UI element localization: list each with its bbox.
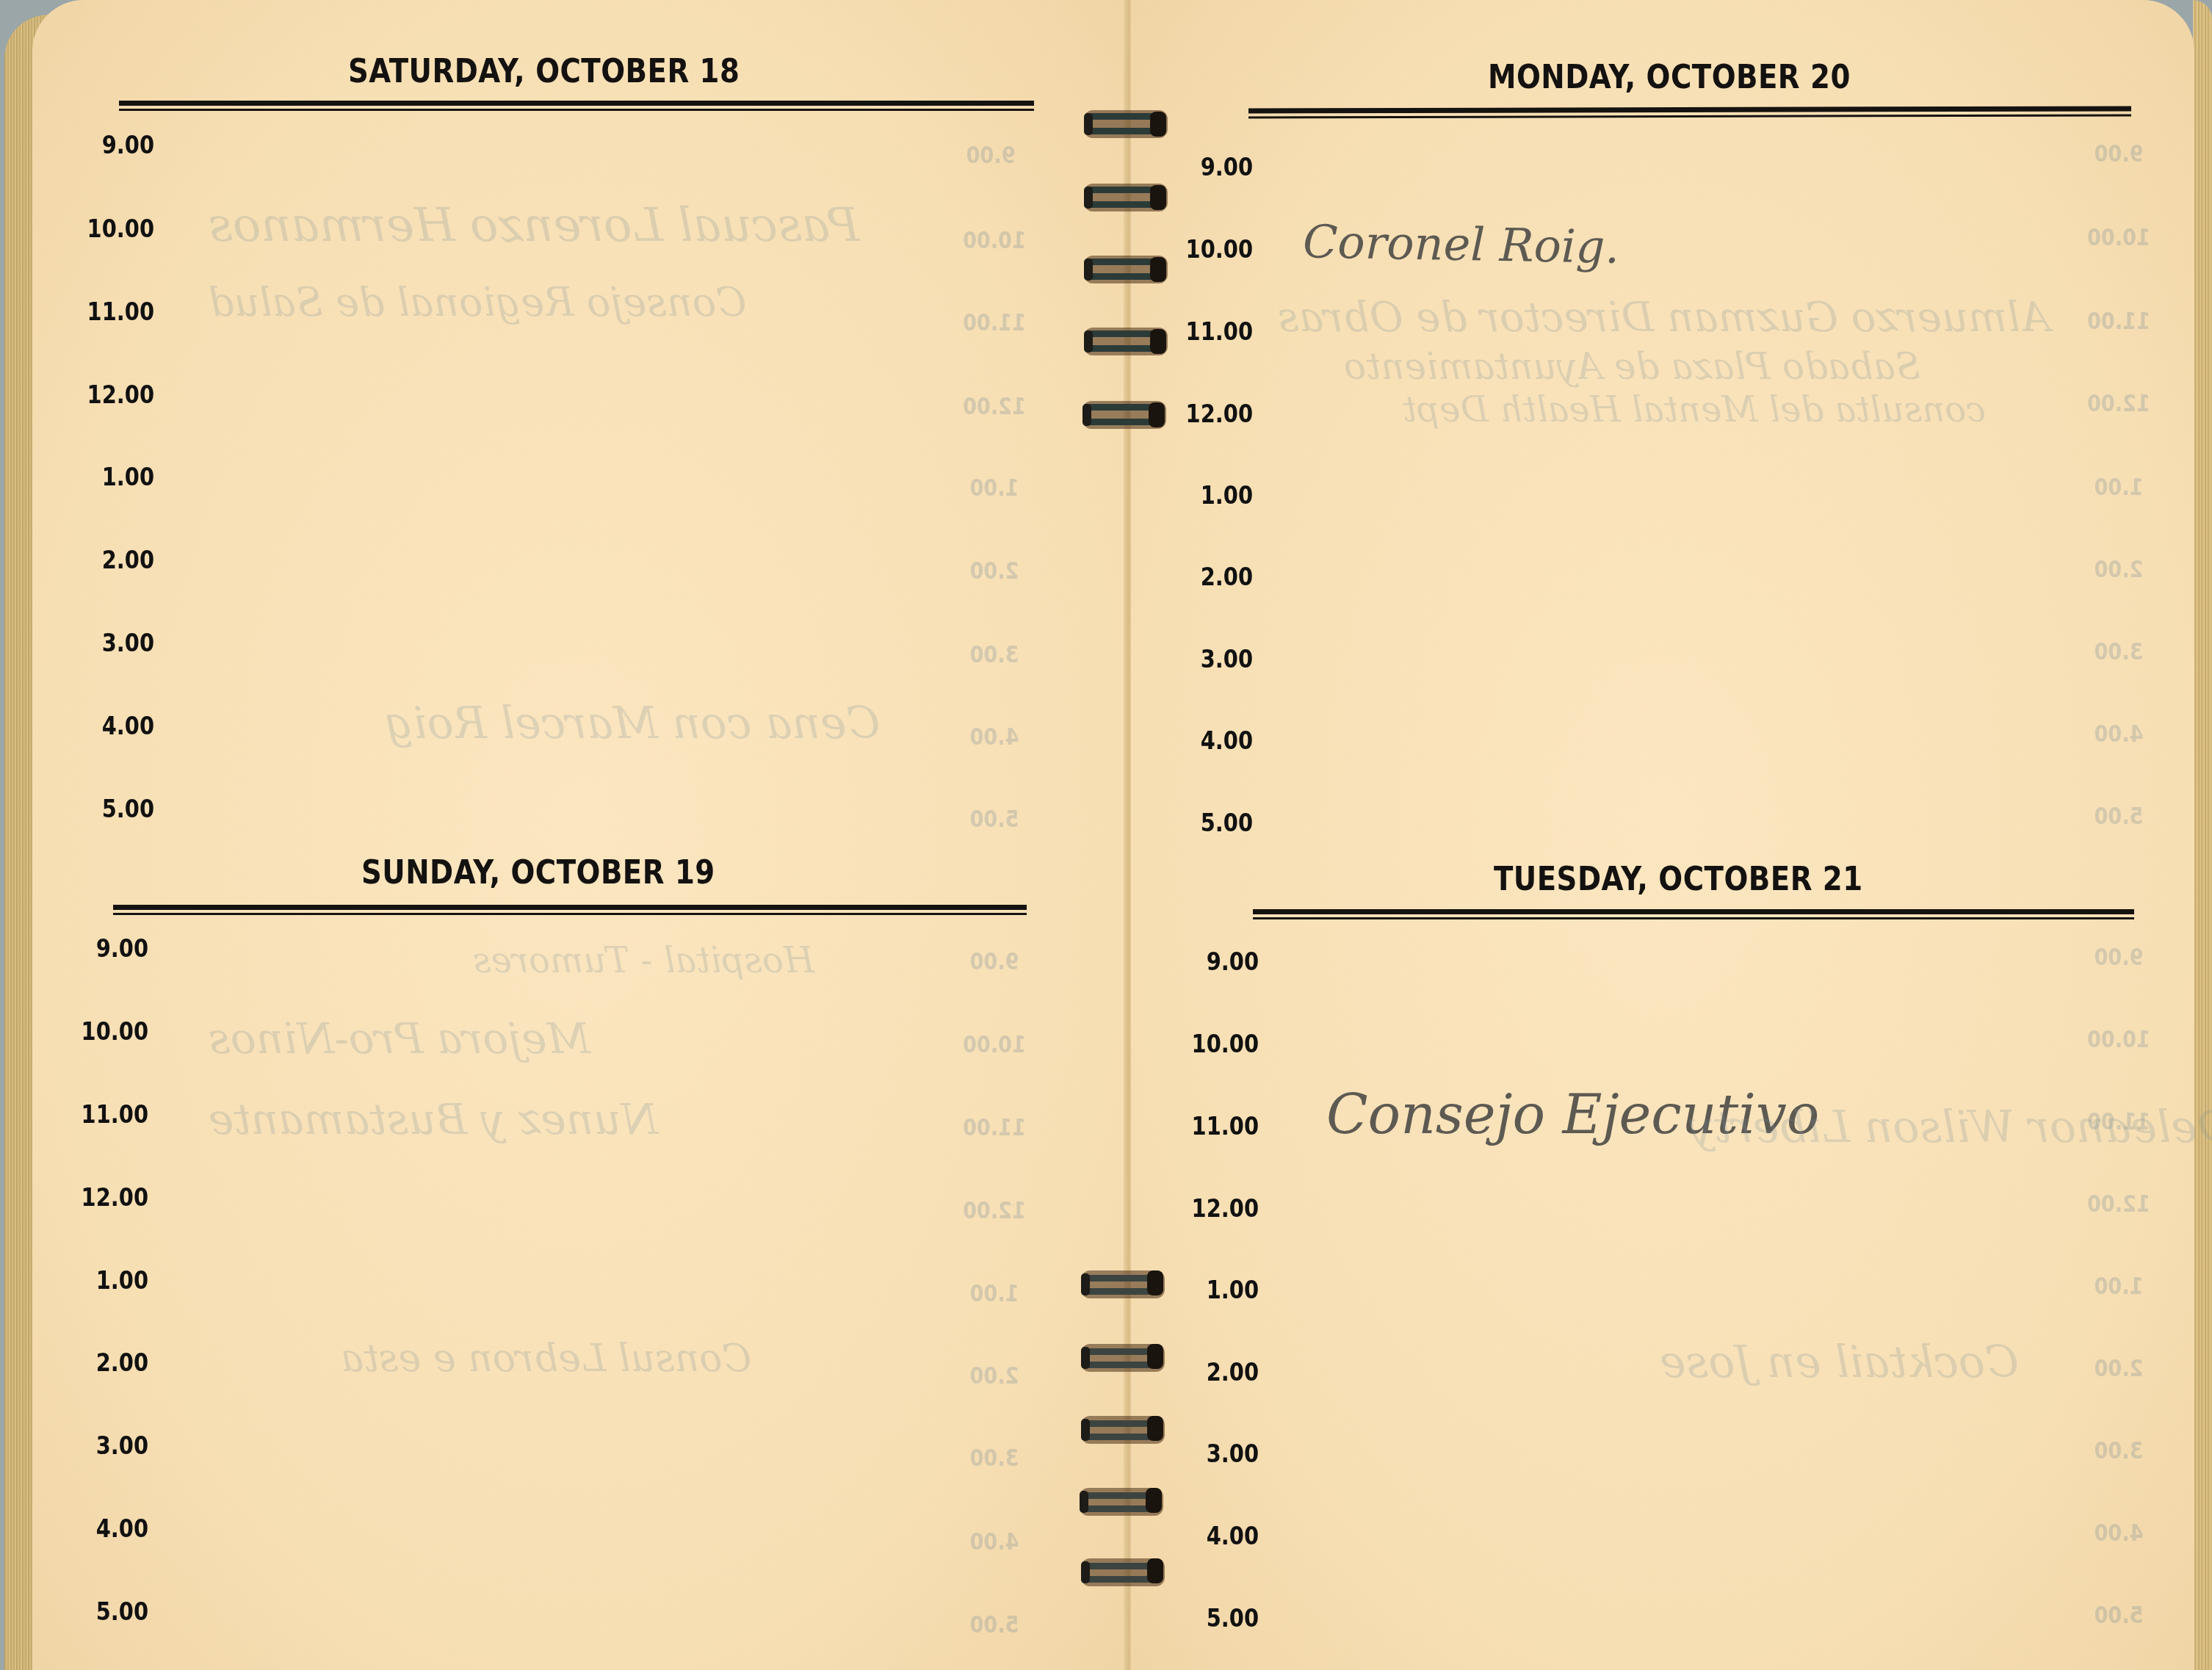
time-label: 4.00 <box>48 712 155 741</box>
spiral-ring-icon <box>1081 400 1168 430</box>
ghost-time: 11.00 <box>960 1113 1029 1141</box>
ghost-time: 10.00 <box>960 1030 1029 1058</box>
time-label: 2.00 <box>1153 1358 1259 1387</box>
time-label: 2.00 <box>48 546 155 575</box>
ghost-time: 12.00 <box>960 392 1029 420</box>
time-label: 3.00 <box>43 1431 149 1461</box>
ghost-time: 9.00 <box>956 141 1025 169</box>
bleed-through-writing: Consul Lebron e esta <box>341 1337 751 1381</box>
bleed-through-writing: Cocktail en Jose <box>1660 1337 2019 1388</box>
ghost-time: 12.00 <box>2084 389 2153 417</box>
ghost-time: 4.00 <box>2084 1519 2153 1547</box>
spiral-ring-icon <box>1080 1557 1166 1588</box>
ghost-time: 5.00 <box>2084 1601 2153 1629</box>
title-rule-thin <box>119 109 1034 111</box>
ghost-time: 2.00 <box>960 557 1029 585</box>
title-rule-thin <box>1248 114 2131 118</box>
ghost-time: 9.00 <box>2084 140 2153 167</box>
bleed-through-writing: Almuerzo Guzman Director de Obras <box>1278 294 2050 341</box>
ghost-time: 2.00 <box>2084 555 2153 583</box>
spiral-ring-icon <box>1080 1269 1166 1300</box>
spiral-ring-icon <box>1078 1486 1165 1517</box>
appointment-entry: Coronel Roig. <box>1302 214 1619 274</box>
time-label: 5.00 <box>1153 1604 1259 1633</box>
time-label: 1.00 <box>1153 1276 1259 1305</box>
open-planner-spread: SATURDAY, OCTOBER 18 9.00 10.00 11.00 12… <box>0 0 2212 1670</box>
ghost-time: 10.00 <box>960 226 1029 254</box>
time-label: 4.00 <box>1147 726 1254 756</box>
time-label: 4.00 <box>1153 1522 1259 1551</box>
title-rule-thick <box>1248 106 2131 113</box>
ghost-time: 3.00 <box>2084 1436 2153 1464</box>
time-label: 12.00 <box>48 380 155 410</box>
ghost-time: 9.00 <box>2084 943 2153 971</box>
ghost-time: 9.00 <box>960 947 1029 975</box>
ghost-time: 4.00 <box>960 1528 1029 1555</box>
title-rule-thick <box>113 905 1027 910</box>
right-page: MONDAY, OCTOBER 20 9.00 10.00 11.00 12.0… <box>1131 0 2194 1670</box>
ghost-time: 2.00 <box>960 1362 1029 1389</box>
time-label: 9.00 <box>43 934 149 964</box>
time-label: 5.00 <box>1147 809 1254 838</box>
bleed-through-writing: Pascual Lorenzo Hermanos <box>209 198 859 253</box>
spiral-ring-icon <box>1082 254 1169 285</box>
ghost-time: 3.00 <box>960 1444 1029 1472</box>
spiral-ring-icon <box>1082 182 1169 213</box>
ghost-time: 1.00 <box>960 474 1029 502</box>
time-label: 12.00 <box>43 1183 149 1212</box>
time-label: 11.00 <box>43 1100 149 1129</box>
title-rule-thin <box>1253 917 2134 919</box>
time-label: 3.00 <box>1153 1439 1259 1469</box>
ghost-time: 5.00 <box>960 1611 1029 1638</box>
bleed-through-writing: Sabado Plaza de Ayuntamiento <box>1344 345 1920 388</box>
bleed-through-writing: Deleanor Wilson Liberty <box>1689 1102 2212 1153</box>
day-title: SUNDAY, OCTOBER 19 <box>361 854 715 892</box>
ghost-time: 1.00 <box>2084 473 2153 501</box>
ghost-time: 1.00 <box>2084 1272 2153 1300</box>
ghost-time: 4.00 <box>2084 720 2153 748</box>
time-label: 10.00 <box>48 214 155 244</box>
time-label: 5.00 <box>43 1597 149 1627</box>
ghost-time: 5.00 <box>960 805 1029 833</box>
time-label: 1.00 <box>43 1266 149 1295</box>
title-rule-thin <box>113 913 1027 915</box>
bleed-through-writing: consulta del Mental Health Dept <box>1403 389 1986 430</box>
ghost-time: 12.00 <box>960 1196 1029 1224</box>
bleed-through-writing: Mejora Pro-Ninos <box>209 1013 590 1063</box>
ghost-time: 3.00 <box>960 640 1029 668</box>
day-title: TUESDAY, OCTOBER 21 <box>1494 861 1863 898</box>
time-label: 11.00 <box>1153 1112 1259 1141</box>
time-label: 10.00 <box>43 1017 149 1047</box>
title-rule-thick <box>119 101 1034 106</box>
day-title: MONDAY, OCTOBER 20 <box>1488 59 1851 96</box>
time-label: 2.00 <box>43 1348 149 1378</box>
time-label: 11.00 <box>48 297 155 327</box>
time-label: 9.00 <box>1153 947 1259 977</box>
ghost-time: 12.00 <box>2084 1190 2153 1218</box>
spiral-ring-icon <box>1082 326 1169 357</box>
time-label: 1.00 <box>48 463 155 492</box>
time-label: 3.00 <box>1147 645 1254 674</box>
ghost-time: 3.00 <box>2084 637 2153 665</box>
ghost-time: 11.00 <box>2084 307 2153 335</box>
spiral-ring-icon <box>1080 1342 1166 1373</box>
time-label: 2.00 <box>1147 563 1254 592</box>
ghost-time: 4.00 <box>960 723 1029 751</box>
time-label: 12.00 <box>1153 1194 1259 1223</box>
right-page-stack-edge <box>2193 0 2212 1670</box>
title-rule-thick <box>1253 909 2134 914</box>
ghost-time: 1.00 <box>960 1279 1029 1307</box>
ghost-time: 10.00 <box>2084 1025 2153 1053</box>
ghost-time: 10.00 <box>2084 223 2153 251</box>
left-page: SATURDAY, OCTOBER 18 9.00 10.00 11.00 12… <box>32 0 1131 1670</box>
bleed-through-writing: Nunez y Bustamante <box>209 1094 658 1144</box>
ghost-time: 11.00 <box>960 308 1029 336</box>
ghost-time: 5.00 <box>2084 802 2153 830</box>
spiral-ring-icon <box>1082 109 1169 140</box>
bleed-through-writing: Hospital - Tumores <box>473 940 814 981</box>
time-label: 3.00 <box>48 629 155 658</box>
time-label: 9.00 <box>1147 153 1254 182</box>
time-label: 9.00 <box>48 131 155 160</box>
time-label: 10.00 <box>1153 1030 1259 1059</box>
day-title: SATURDAY, OCTOBER 18 <box>348 53 740 90</box>
bleed-through-writing: Consejo Regional de Salud <box>209 279 747 325</box>
time-label: 5.00 <box>48 795 155 824</box>
spiral-ring-icon <box>1080 1414 1166 1445</box>
ghost-time: 2.00 <box>2084 1354 2153 1382</box>
bleed-through-writing: Cena con Marcel Roig <box>385 698 881 749</box>
time-label: 1.00 <box>1147 481 1254 510</box>
time-label: 4.00 <box>43 1514 149 1544</box>
